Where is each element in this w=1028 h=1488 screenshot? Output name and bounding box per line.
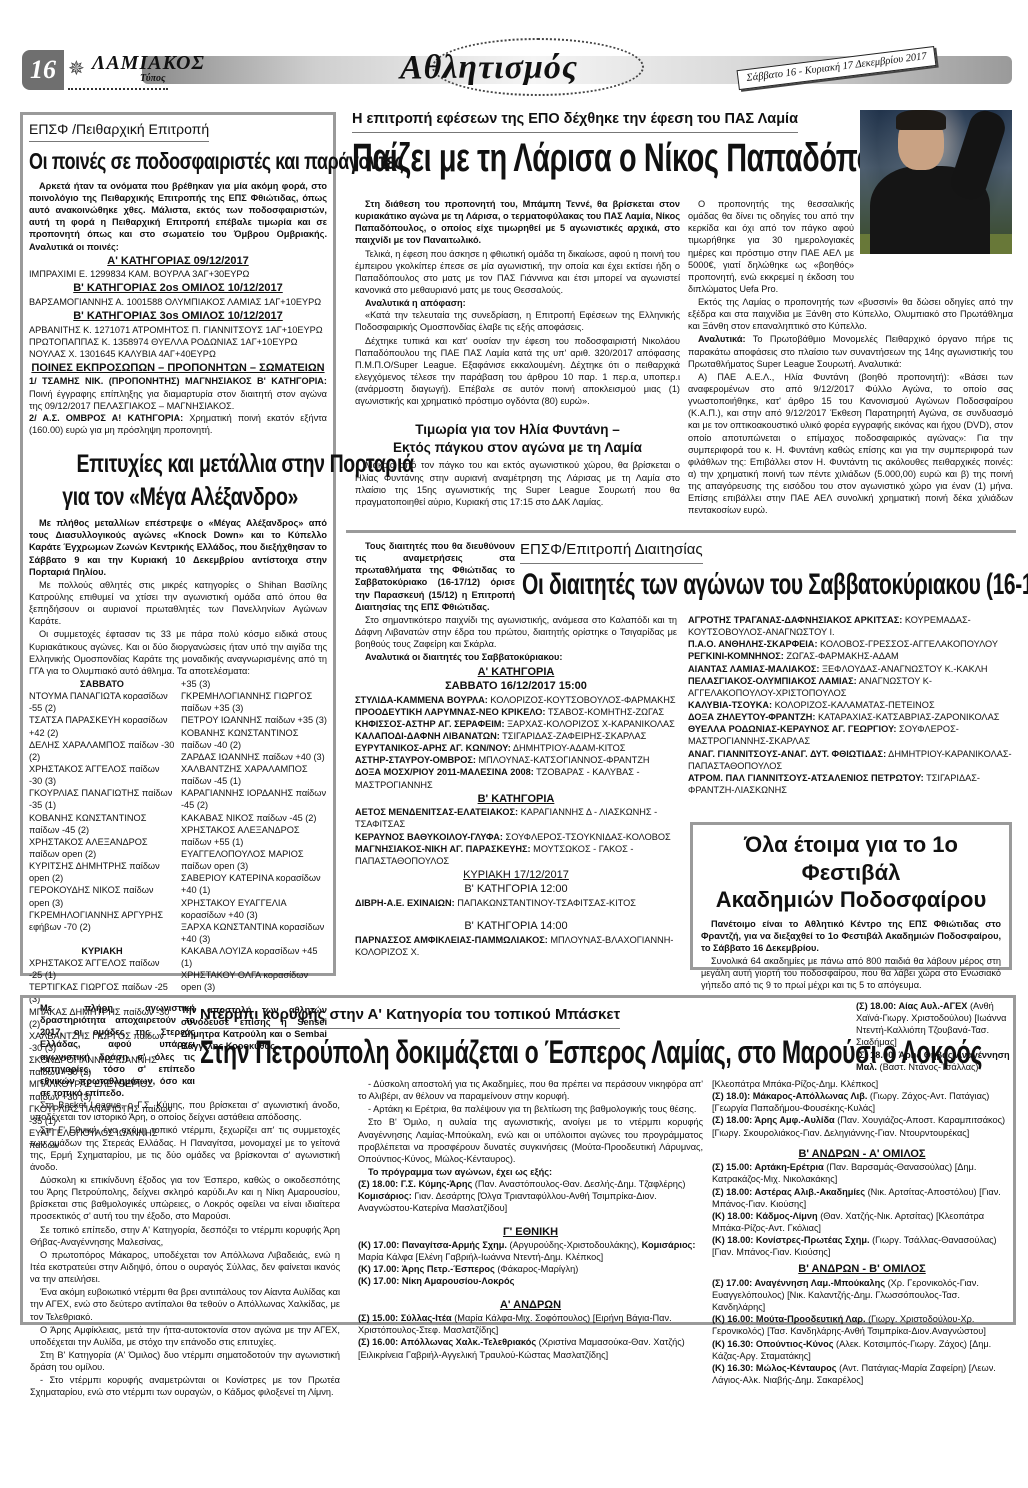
coach-paragraph: Α) ΠΑΕ Α.Ε.Λ., Ηλία Φυντάνη (βοηθό προπο… <box>688 371 1013 517</box>
referee-assignment: ΠΕΛΑΣΓΙΑΚΟΣ-ΟΛΥΜΠΙΑΚΟΣ ΛΑΜΙΑΣ: ΑΝΑΓΝΩΣΤΟ… <box>688 675 1014 699</box>
basket-paragraph: Στο Β' Όμιλο, η αυλαία της αγωνιστικής, … <box>358 1116 703 1165</box>
basket-lead: Με πλήρη αγωνιστική δραστηριότητα αποχαι… <box>30 1002 195 1099</box>
result-line: ΓΚΟΥΡΛΙΑΣ ΠΑΝΑΓΙΩΤΗΣ παίδων -35 (1) <box>29 787 175 811</box>
result-line: ΝΤΟΥΜΑ ΠΑΝΑΓΙΩΤΑ κορασίδων -55 (2) <box>29 690 175 714</box>
fixture: (Σ) 18.00: Άρης Αμφ.-Αυλίδα (Παν. Χουγιά… <box>712 1114 1012 1138</box>
referee-assignment: ΔΟΞΑ ΜΟΣΧ/ΡΙΟΥ 2011-ΜΑΛΕΣΙΝΑ 2008: ΤΖΟΒΑ… <box>355 766 677 790</box>
fixture: (Σ) 18.00: Αστέρας Αλιβ.-Ακαδημίες (Νικ.… <box>712 1186 1012 1210</box>
referee-assignment: ΑΓΡΟΤΗΣ ΤΡΑΓΑΝΑΣ-ΔΑΦΝΗΣΙΑΚΟΣ ΑΡΚΙΤΣΑΣ: Κ… <box>688 614 1014 638</box>
basket-right-top: (Σ) 18.00: Αίας Αυλ.-ΑΓΕΧ (Ανθή Χαϊνά-Γι… <box>856 1000 1011 1073</box>
result-line: ΞΑΡΧΑ ΚΩΝΣΤΑΝΤΙΝΑ κορασίδων +40 (3) <box>181 921 327 945</box>
section-title: Αθλητισμός <box>400 46 578 91</box>
papadopoulos-right-body: Εκτός της Λαμίας ο προπονητής των «βυσσι… <box>688 296 1013 518</box>
referees-paragraph: Στο σημαντικότερο παιχνίδι της αγωνιστικ… <box>355 614 677 650</box>
basket-paragraph: Ο πρωτοπόρος Μάκαρος, υποδέχεται τον Από… <box>30 1249 340 1285</box>
result-line: +35 (3) <box>181 678 327 690</box>
fixture: (Κ) 17.00: Άρης Πετρ.-Έσπερος (Φάκαρος-Μ… <box>358 1263 703 1275</box>
penalty-line: ΝΟΥΛΑΣ Χ. 1301645 ΚΑΛΥΒΙΑ 4ΑΓ+40ΕΥΡΩ <box>29 348 327 360</box>
result-line: ΚΟΒΑΝΗΣ ΚΩΝΣΤΑΝΤΙΝΟΣ παίδων -45 (2) <box>29 812 175 836</box>
referee-assignment: ΡΕΓΚΙΝΙ-ΚΟΜΝΗΝΟΣ: ΖΩΓΑΣ-ΦΑΡΜΑΚΗΣ-ΑΔΑΜ <box>688 650 1014 662</box>
referee-assignment: ΑΣΤΗΡ-ΣΤΑΥΡΟΥ-ΟΜΒΡΟΣ: ΜΠΛΟΥΝΑΣ-ΚΑΤΣΟΓΙΑΝ… <box>355 754 677 766</box>
penalty-line: ΙΜΠΡΑΧΙΜΙ Ε. 1299834 ΚΑΜ. ΒΟΥΡΛΑ 3ΑΓ+30Ε… <box>29 268 327 280</box>
discipline-group-title: Β' ΚΑΤΗΓΟΡΙΑΣ 3os ΟΜΙΛΟΣ 10/12/2017 <box>29 309 327 324</box>
referee-assignment: ΑΤΡΟΜ. ΠΑΛ ΓΙΑΝΝΙΤΣΟΥΣ-ΑΤΣΑΛΕΝΙΟΣ ΠΕΤΡΩΤ… <box>688 772 1014 796</box>
referee-assignment: ΑΝΑΓ. ΓΙΑΝΝΙΤΣΟΥΣ-ΑΝΑΓ. ΔΥΤ. ΦΘΙΩΤΙΔΑΣ: … <box>688 748 1014 772</box>
league-title: Β' ΑΝΔΡΩΝ - Β' ΟΜΙΛΟΣ <box>712 1262 1012 1277</box>
penalty-line: ΑΡΒΑΝΙΤΗΣ Κ. 1271071 ΑΤΡΟΜΗΤΟΣ Π. ΓΙΑΝΝΙ… <box>29 324 327 336</box>
result-line: ΧΡΗΣΤΑΚΟΣ ΆΓΓΕΛΟΣ παίδων -30 (3) <box>29 763 175 787</box>
result-line: ΚΑΚΑΒΑΣ ΝΙΚΟΣ παίδων -45 (2) <box>181 812 327 824</box>
category-title: Α' ΚΑΤΗΓΟΡΙΑ <box>355 665 677 680</box>
sunday-date: ΚΥΡΙΑΚΗ 17/12/2017 <box>355 868 677 883</box>
result-line: ΧΑΛΒΑΝΤΖΗΣ ΧΑΡΑΛΑΜΠΟΣ παίδων -45 (1) <box>181 763 327 787</box>
fixture: (Σ) 18.00: Αίας Αυλ.-ΑΓΕΧ (Ανθή Χαϊνά-Γι… <box>856 1000 1011 1049</box>
karate-paragraph: Οι συμμετοχές έφτασαν τις 33 με πάρα πολ… <box>29 628 327 677</box>
discipline-intro: Αρκετά ήταν τα ονόματα που βρέθηκαν για … <box>29 180 327 253</box>
basket-paragraph: - Στο ντέρμπι κορυφής αναμετρώνται οι Κο… <box>30 1374 340 1398</box>
basket-kicker: Ντέρμπι κορυφής στην Α' Κατηγορία του το… <box>200 1005 620 1029</box>
referee-assignment: ΑΕΤΟΣ ΜΕΝΔΕΝΙΤΣΑΣ-ΕΛΑΤΕΙΑΚΟΣ: ΚΑΡΑΓΙΑΝΝΗ… <box>355 806 677 830</box>
referees-kicker-wrap: ΕΠΣΦ/Επιτροπή Διαιτησίας <box>520 540 740 564</box>
fixture: [Κλεοπάτρα Μπάκα-Ρίζος-Δημ. Κλέπκος] <box>712 1078 1012 1090</box>
league-title: Γ' ΕΘΝΙΚΗ <box>358 1225 703 1240</box>
fixture: (Κ) 17.00: Νίκη Αμαρουσίου-Λοκρός <box>358 1275 703 1287</box>
officials-title: ΠΟΙΝΕΣ ΕΚΠΡΟΣΩΠΩΝ – ΠΡΟΠΟΝΗΤΩΝ – ΣΩΜΑΤΕΙ… <box>29 361 327 376</box>
referee-assignment: ΜΑΓΝΗΣΙΑΚΟΣ-ΝΙΚΗ ΑΓ. ΠΑΡΑΣΚΕΥΗΣ: ΜΟΥΤΣΩΚ… <box>355 843 677 867</box>
papadopoulos-paragraph: «Κατά την τελευταία της συνεδρίαση, η Επ… <box>355 309 680 333</box>
festival-paragraph: Συνολικά 64 ακαδημίες με πάνω από 800 πα… <box>701 955 1001 991</box>
fixture: (Κ) 18.00: Κάδμος-Λίμνη (Θαν. Χατζής-Νικ… <box>712 1210 1012 1234</box>
basket-right-col: [Κλεοπάτρα Μπάκα-Ρίζος-Δημ. Κλέπκος] (Σ)… <box>712 1078 1012 1386</box>
festival-lead: Πανέτοιμο είναι το Αθλητικό Κέντρο της Ε… <box>701 918 1001 954</box>
referee-assignment: ΠΑΡΝΑΣΣΟΣ ΑΜΦΙΚΛΕΙΑΣ-ΠΑΜΜΩΛΙΑΚΟΣ: ΜΠΛΟΥΝ… <box>355 934 677 958</box>
basket-paragraph: Ο Άρης Αμφίκλειας, μετά την ήττα-αυτοκτο… <box>30 1324 340 1348</box>
result-line: ΧΡΗΣΤΑΚΟΣ ΑΛΕΞΑΝΔΡΟΣ παίδων +55 (1) <box>181 824 327 848</box>
referees-kicker: ΕΠΣΦ/Επιτροπή Διαιτησίας <box>520 540 703 564</box>
papadopoulos-paragraph: Τελικά, η έφεση που άσκησε η φθιωτική ομ… <box>355 248 680 297</box>
program-label: Το πρόγραμμα των αγώνων, έχει ως εξής: <box>358 1166 703 1178</box>
discipline-and-karate-box: ΕΠΣΦ /Πειθαρχική Επιτροπή Οι ποινές σε π… <box>20 112 336 976</box>
referee-assignment: ΚΗΦΙΣΣΟΣ-ΑΣΤΗΡ ΑΓ. ΣΕΡΑΦΕΙΜ: ΞΑΡΧΑΣ-ΚΟΛΟ… <box>355 718 677 730</box>
result-line: ΚΑΡΑΓΙΑΝΝΗΣ ΙΟΡΔΑΝΗΣ παίδων -45 (2) <box>181 787 327 811</box>
basket-paragraph: Σε τοπικό επίπεδο, στην Α' Κατηγορία, δε… <box>30 1224 340 1248</box>
result-line: ΚΑΚΑΒΑ ΛΟΥΙΖΑ κορασίδων +45 (1) <box>181 945 327 969</box>
match-date: ΣΑΒΒΑΤΟ 16/12/2017 15:00 <box>355 679 677 694</box>
basket-mid-col: - Δύσκολη αποστολή για τις Ακαδημίες, πο… <box>358 1078 703 1361</box>
basket-paragraph: Ένα ακόμη ευβοιωτικό ντέρμπι θα βρει αντ… <box>30 1286 340 1322</box>
category-time: Β' ΚΑΤΗΓΟΡΙΑ 14:00 <box>355 919 677 934</box>
result-line: ΔΕΛΗΣ ΧΑΡΑΛΑΜΠΟΣ παίδων -30 (2) <box>29 739 175 763</box>
fixture: (Σ) 18.0): Μάκαρος-Απόλλωνας Λιβ. (Γιωργ… <box>712 1090 1012 1114</box>
festival-box: Όλα έτοιμα για το 1ο Φεστιβάλ Ακαδημιών … <box>690 822 1012 970</box>
paper-subtitle: Τύπος <box>140 72 165 85</box>
analysis-label: Αναλυτικά η απόφαση: <box>355 297 680 309</box>
fyntanis-subheadline: Τιμωρία για τον Ηλία Φυντάνη – Εκτός πάγ… <box>355 421 680 456</box>
discipline-headline: Οι ποινές σε ποδοσφαιριστές και παράγοντ… <box>29 146 327 176</box>
result-line: ΓΕΡΟΚΟΥΔΗΣ ΝΙΚΟΣ παίδων open (3) <box>29 884 175 908</box>
fixture: (Κ) 16.30: Οπούντιος-Κύνος (Αλεκ. Κοτσιμ… <box>712 1338 1012 1362</box>
karate-paragraph: Με πολλούς αθλητές στις μικρές κατηγορίε… <box>29 579 327 628</box>
referees-lead: Τους διαιτητές που θα διευθύνουν τις ανα… <box>355 540 515 613</box>
papadopoulos-side-text: Ο προπονητής της θεσσαλικής ομάδας θα δί… <box>688 198 854 296</box>
result-line: ΚΟΒΑΝΗΣ ΚΩΝΣΤΑΝΤΙΝΟΣ παίδων -40 (2) <box>181 727 327 751</box>
result-line: ΠΕΤΡΟΥ ΙΩΑΝΝΗΣ παίδων +35 (3) <box>181 714 327 726</box>
discipline-group-title: Β' ΚΑΤΗΓΟΡΙΑΣ 2os ΟΜΙΛΟΣ 10/12/2017 <box>29 281 327 296</box>
saturday-title: ΣΑΒΒΑΤΟ <box>29 678 175 690</box>
referees-body: Στο σημαντικότερο παιχνίδι της αγωνιστικ… <box>355 614 677 958</box>
masthead-divider <box>68 88 168 90</box>
papadopoulos-body: Στη διάθεση του προπονητή του, Μπάμπη Τε… <box>355 198 680 509</box>
referees-lead-col: Τους διαιτητές που θα διευθύνουν τις ανα… <box>355 540 515 614</box>
referees-paragraph: Αναλυτικά οι διαιτητές του Σαββατοκύριακ… <box>355 651 677 663</box>
fyntanis-paragraph: Μακριά από τον πάγκο του και εκτός αγωνι… <box>355 459 680 508</box>
papadopoulos-kicker: Η επιτροπή εφέσεων της ΕΠΟ δέχθηκε την έ… <box>352 110 798 133</box>
page-number: 16 <box>22 50 64 90</box>
result-line: ΚΥΡΙΤΣΗΣ ΔΗΜΗΤΡΗΣ παίδων open (2) <box>29 860 175 884</box>
papadopoulos-lead: Στη διάθεση του προπονητή του, Μπάμπη Τε… <box>355 198 680 247</box>
result-line: ΧΡΗΣΤΑΚΟΥ ΟΛΓΑ κορασίδων open (3) <box>181 969 327 993</box>
basket-paragraph: Στη Β' Κατηγορία (Α' Όμιλος) δυο ντέρμπι… <box>30 1349 340 1373</box>
penalty-line: ΠΡΩΤΟΠΑΠΠΑΣ Κ. 1358974 ΘΥΕΛΛΑ ΡΟΔΩΝΙΑΣ 1… <box>29 336 327 348</box>
player-photo <box>860 110 1012 254</box>
basket-paragraph: - Δύσκολη αποστολή για τις Ακαδημίες, πο… <box>358 1078 703 1102</box>
coach-paragraph: Ο προπονητής της θεσσαλικής ομάδας θα δί… <box>688 198 854 295</box>
karate-lead: Με πλήθος μεταλλίων επέστρεψε ο «Μέγας Α… <box>29 517 327 578</box>
discipline-kicker: ΕΠΣΦ /Πειθαρχική Επιτροπή <box>29 120 209 142</box>
basket-paragraph: Δύσκολη κι επικίνδυνη έξοδος για τον Έσπ… <box>30 1174 340 1223</box>
official-penalty: 2/ Α.Σ. ΟΜΒΡΟΣ Α! ΚΑΤΗΓΟΡΙΑ: Χρηματική π… <box>29 412 327 436</box>
penalty-line: ΒΑΡΣΑΜΟΓΙΑΝΝΗΣ Α. 1001588 ΟΛΥΜΠΙΑΚΟΣ ΛΑΜ… <box>29 296 327 308</box>
result-line: ΧΡΗΣΤΑΚΟΣ ΑΛΕΞΑΝΔΡΟΣ παίδων open (2) <box>29 836 175 860</box>
discipline-group-title: Α' ΚΑΤΗΓΟΡΙΑΣ 09/12/2017 <box>29 254 327 269</box>
papadopoulos-kicker-wrap: Η επιτροπή εφέσεων της ΕΠΟ δέχθηκε την έ… <box>352 110 852 133</box>
league-title: Β' ΑΝΔΡΩΝ - Α' ΟΜΙΛΟΣ <box>712 1147 1012 1162</box>
referee-assignment: ΠΡΟΟΔΕΥΤΙΚΗ ΛΑΡΥΜΝΑΣ-ΝΕΟ ΚΡΙΚΕΛΟ: ΤΣΑΒΟΣ… <box>355 706 677 718</box>
result-line: ΓΚΡΕΜΗΛΟΓΙΑΝΝΗΣ ΑΡΓΥΡΗΣ εφήβων -70 (2) <box>29 909 175 933</box>
papadopoulos-paragraph: Δέχτηκε τυπικά και κατ' ουσίαν την έφεση… <box>355 335 680 408</box>
coach-paragraph: Εκτός της Λαμίας ο προπονητής των «βυσσι… <box>688 296 1013 332</box>
basket-paragraph: Στη Basket League, ο Γ.Σ. Κύμης, που βρί… <box>30 1099 340 1123</box>
fixture: (Κ) 16.00: Μούτα-Προοδευτική Λαρ. (Γιωργ… <box>712 1313 1012 1337</box>
referee-assignment: ΚΑΛΑΠΟΔΙ-ΔΑΦΝΗ ΛΙΒΑΝΑΤΩΝ: ΤΣΙΓΑΡΙΔΑΣ-ΖΑΦ… <box>355 730 677 742</box>
papadopoulos-headline: Παίζει με τη Λάρισα ο Νίκος Παπαδόπουλος <box>352 138 862 178</box>
fixture: (Κ) 18.00: Κονίστρες-Πρωτέας Σχημ. (Γιωρ… <box>712 1234 1012 1258</box>
referee-assignment: ΕΥΡΥΤΑΝΙΚΟΣ-ΑΡΗΣ ΑΓ. ΚΩΝ/ΝΟΥ: ΔΗΜΗΤΡΙΟΥ-… <box>355 742 677 754</box>
result-line: ΧΡΗΣΤΑΚΟΥ ΕΥΑΓΓΕΛΙΑ κορασίδων +40 (3) <box>181 897 327 921</box>
section-divider <box>346 530 1016 533</box>
result-line: ΧΡΗΣΤΑΚΟΣ ΆΓΓΕΛΟΣ παίδων -25 (1) <box>29 957 175 981</box>
referee-assignment: ΘΥΕΛΛΑ ΡΟΔΩΝΙΑΣ-ΚΕΡΑΥΝΟΣ ΑΓ. ΓΕΩΡΓΙΟΥ: Σ… <box>688 723 1014 747</box>
fixture: (Σ) 18.00: Γ.Σ. Κύμης-Άρης (Παν. Αναστόπ… <box>358 1178 703 1214</box>
festival-headline: Όλα έτοιμα για το 1ο Φεστιβάλ Ακαδημιών … <box>701 831 1001 914</box>
referees-right-col: ΑΓΡΟΤΗΣ ΤΡΑΓΑΝΑΣ-ΔΑΦΝΗΣΙΑΚΟΣ ΑΡΚΙΤΣΑΣ: Κ… <box>688 614 1014 796</box>
result-line: ΕΥΑΓΓΕΛΟΠΟΥΛΟΣ ΜΑΡΙΟΣ παίδων open (3) <box>181 848 327 872</box>
official-penalty: 1/ ΤΣΑΜΗΣ ΝΙΚ. (ΠΡΟΠΟΝΗΤΗΣ) ΜΑΓΝΗΣΙΑΚΟΣ … <box>29 375 327 411</box>
league-title: Α' ΑΝΔΡΩΝ <box>358 1298 703 1313</box>
fixture: (Σ) 15.00: Σύλλας-Ιτέα (Μαρία Κάλφα-Μιχ.… <box>358 1312 703 1336</box>
sunday-title: ΚΥΡΙΑΚΗ <box>29 945 175 957</box>
result-line: ΤΣΑΤΣΑ ΠΑΡΑΣΚΕΥΗ κορασίδων +42 (2) <box>29 714 175 738</box>
referee-assignment: ΚΑΛΥΒΙΑ-ΤΣΟΥΚΑ: ΚΟΛΟΡΙΖΟΣ-ΚΑΛΑΜΑΤΑΣ-ΠΕΤΕ… <box>688 699 1014 711</box>
referee-assignment: ΣΤΥΛΙΔΑ-ΚΑΜΜΕΝΑ ΒΟΥΡΛΑ: ΚΟΛΟΡΙΖΟΣ-ΚΟΥΤΣΟ… <box>355 694 677 706</box>
referee-assignment: Π.Α.Ο. ΑΝΘΗΛΗΣ-ΣΚΑΡΦΕΙΑ: ΚΟΛΟΒΟΣ-ΓΡΕΣΣΟΣ… <box>688 638 1014 650</box>
category-title: Β' ΚΑΤΗΓΟΡΙΑ <box>355 792 677 807</box>
fixture: (Σ) 16.00: Απόλλωνας Χαλκ.-Τελεθριακός (… <box>358 1336 703 1360</box>
paper-logo-icon: ✵ <box>68 56 85 82</box>
referees-headline: Οι διαιτητές των αγώνων του Σαββατοκύρια… <box>522 570 1022 600</box>
fixture: (Σ) 18.00: Άρης Θήβας-Αναγέννηση Μαλ. (Β… <box>856 1049 1011 1073</box>
fixture: (Σ) 17.00: Αναγέννηση Λαμ.-Μπούκαλης (Χρ… <box>712 1277 1012 1313</box>
referee-assignment: ΔΙΒΡΗ-Α.Ε. ΕΧΙΝΑΙΩΝ: ΠΑΠΑΚΩΝΣΤΑΝΤΙΝΟΥ-ΤΣ… <box>355 897 677 909</box>
result-line: ΓΚΡΕΜΗΛΟΓΙΑΝΝΗΣ ΓΙΩΡΓΟΣ παίδων +35 (3) <box>181 690 327 714</box>
basket-headline: Στην Πετρούπολη δοκιμάζεται ο Έσπερος Λα… <box>200 1036 840 1068</box>
karate-headline: Επιτυχίες και μετάλλια στην Πορταριά για… <box>29 448 327 513</box>
basket-paragraph: Στη Γ' Εθνική, ένα ακόμη τοπικό ντέρμπι,… <box>30 1124 340 1173</box>
coach-paragraph: Αναλυτικά: Το Πρωτοβάθμιο Μονομελές Πειθ… <box>688 333 1013 369</box>
referee-assignment: ΑΙΑΝΤΑΣ ΛΑΜΙΑΣ-ΜΑΛΙΑΚΟΣ: ΞΕΦΛΟΥΔΑΣ-ΑΝΑΓΝ… <box>688 663 1014 675</box>
referee-assignment: ΚΕΡΑΥΝΟΣ ΒΑΘΥΚΟΙΛΟΥ-ΓΛΥΦΑ: ΣΟΥΦΛΕΡΟΣ-ΤΣΟ… <box>355 831 677 843</box>
fixture: (Σ) 15.00: Αρτάκη-Ερέτρια (Παν. Βαρσαμάς… <box>712 1161 1012 1185</box>
fixture: (Κ) 16.30: Μώλος-Κένταυρος (Αντ. Πατάγια… <box>712 1362 1012 1386</box>
basket-paragraph: - Αρτάκη κι Ερέτρια, θα παλέψουν για τη … <box>358 1103 703 1115</box>
referee-assignment: ΔΟΞΑ ΖΗΛΕΥΤΟΥ-ΦΡΑΝΤΖΗ: ΚΑΤΑΡΑΧΙΑΣ-ΚΑΤΣΑΒ… <box>688 711 1014 723</box>
result-line: ΖΑΡΔΑΣ ΙΩΑΝΝΗΣ παίδων +40 (3) <box>181 751 327 763</box>
result-line: ΣΑΒΕΡΙΟΥ ΚΑΤΕΡΙΝΑ κορασίδων +40 (1) <box>181 872 327 896</box>
fixture: (Κ) 17.00: Παναγίτσα-Αρμής Σχημ. (Αργυρο… <box>358 1239 703 1263</box>
basket-kicker-wrap: Ντέρμπι κορυφής στην Α' Κατηγορία του το… <box>200 1005 840 1029</box>
category-time: Β' ΚΑΤΗΓΟΡΙΑ 12:00 <box>355 882 677 897</box>
masthead: 16 ✵ ΛΑΜΙΑΚΟΣ Τύπος Αθλητισμός Σάββατο 1… <box>22 48 1012 100</box>
